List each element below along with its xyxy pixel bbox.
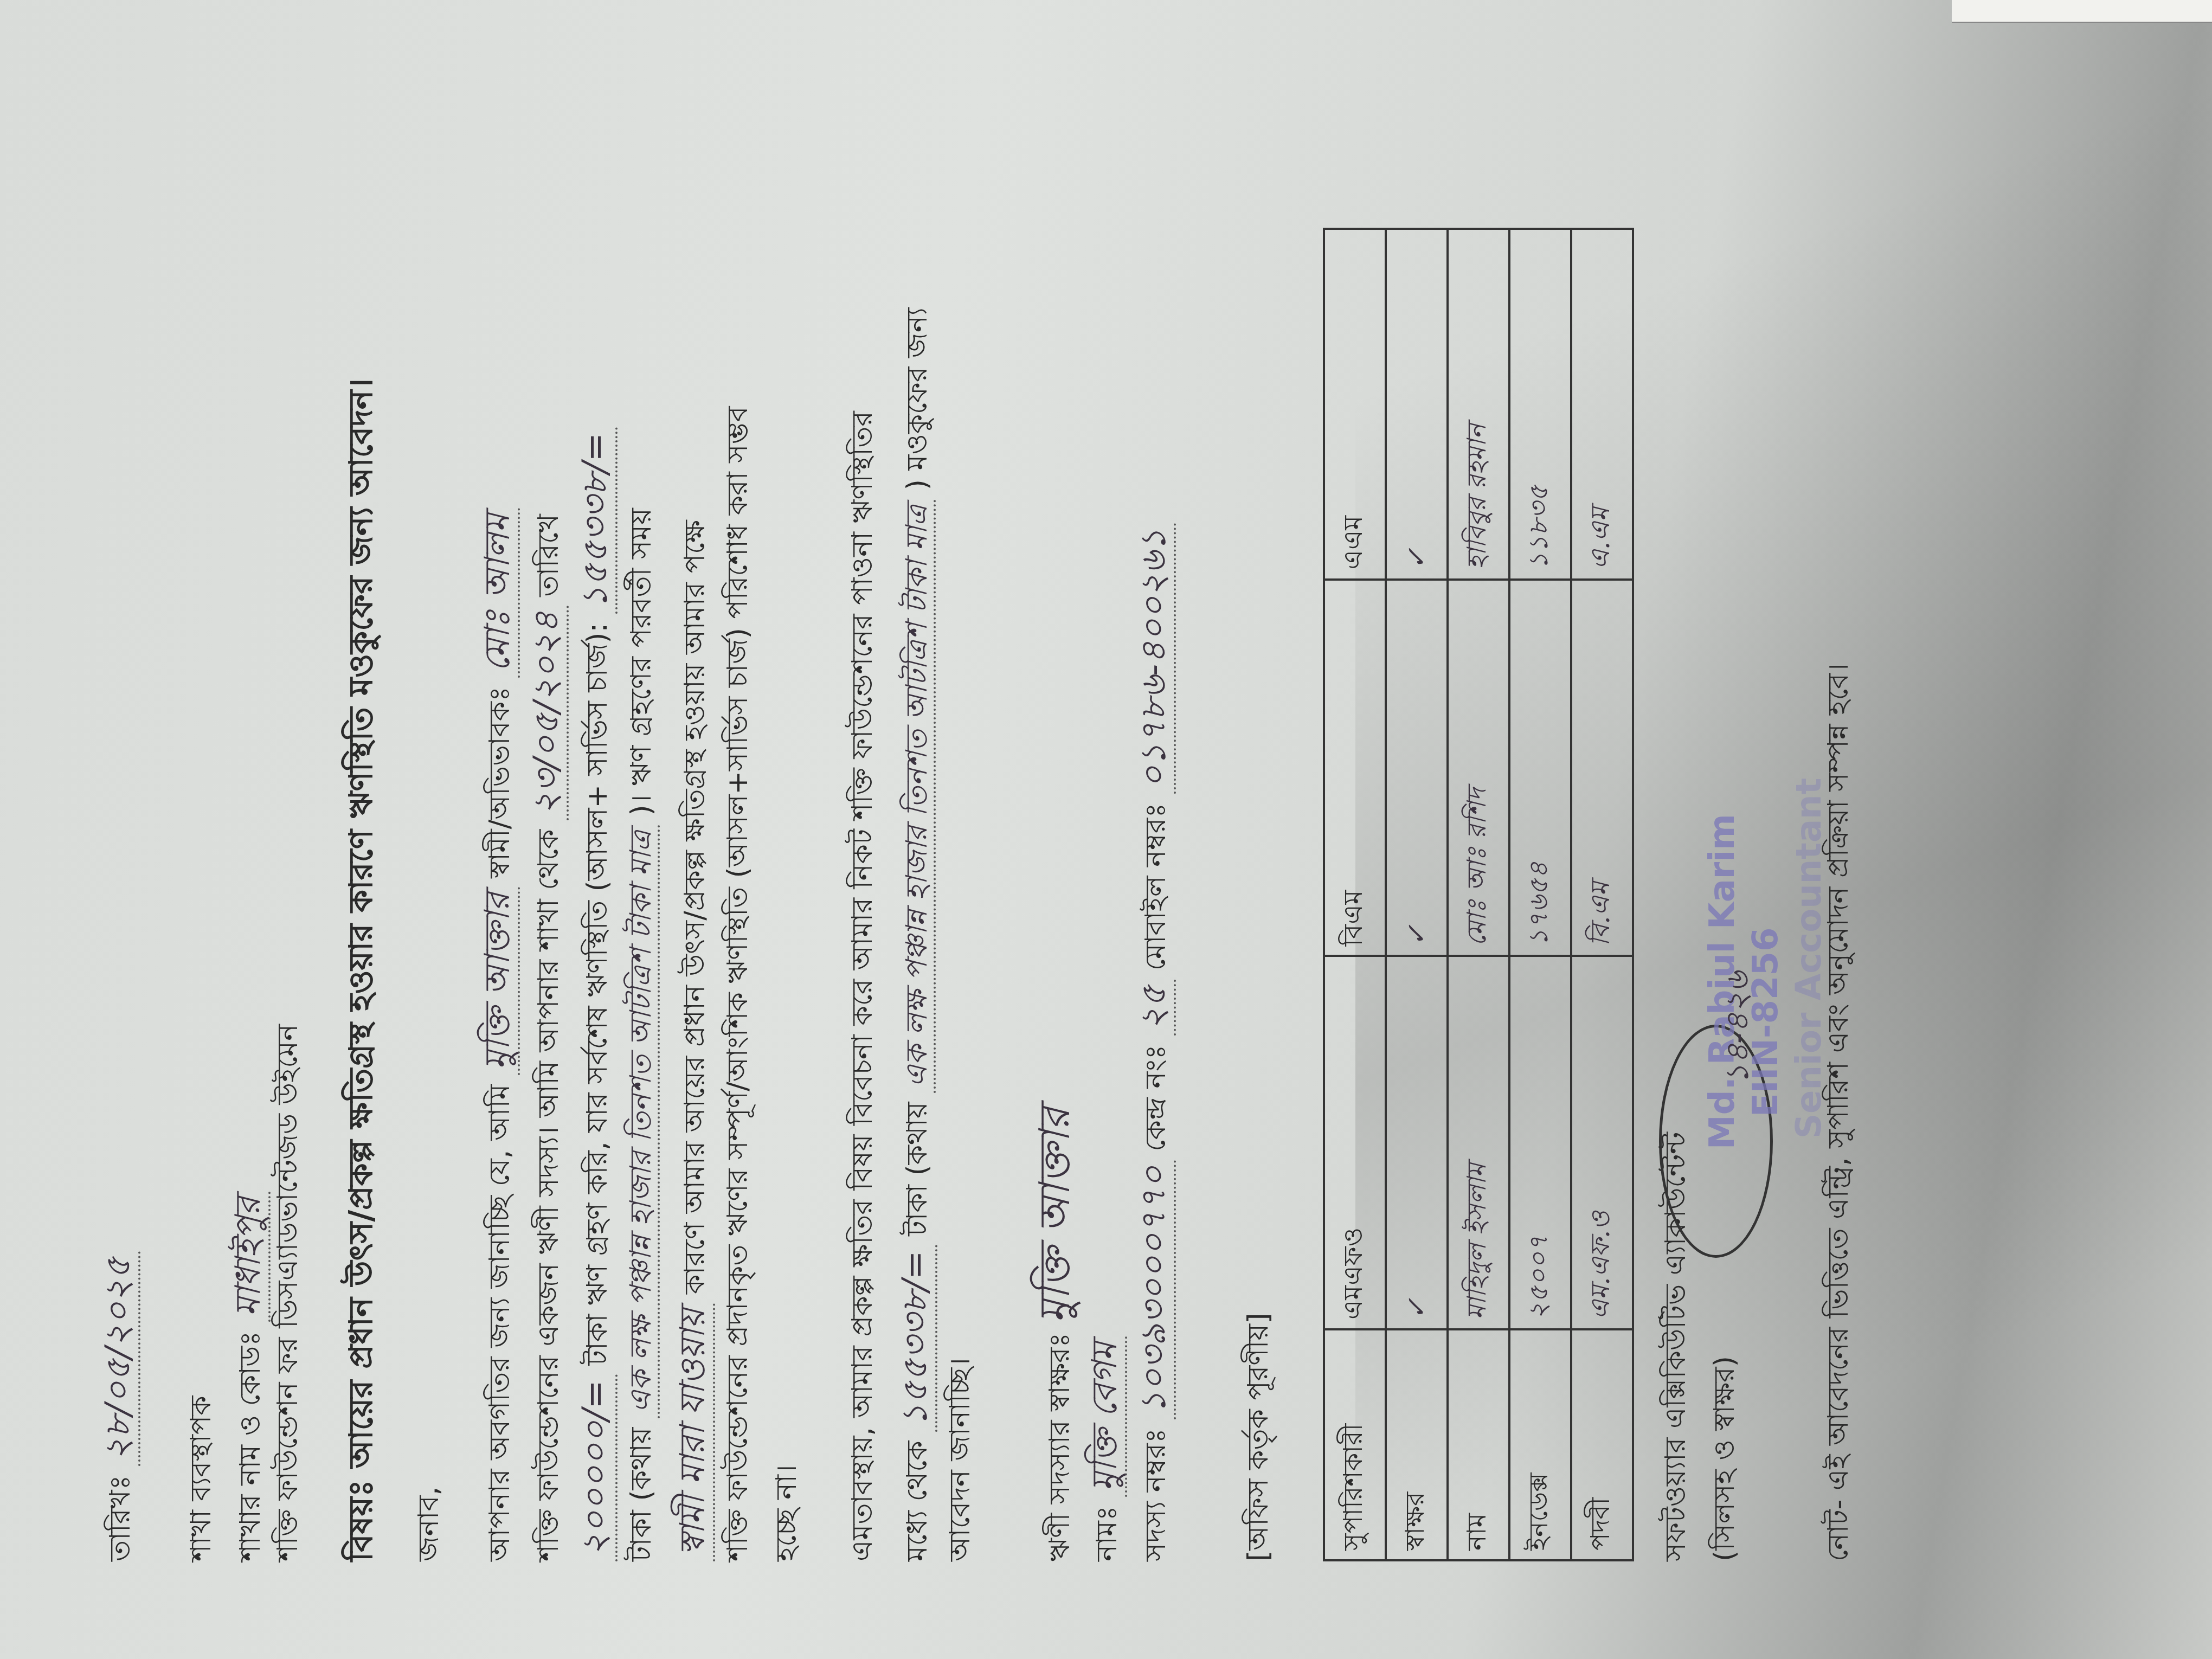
- text: তারিখে: [532, 514, 565, 597]
- date-value: ২৮/০৫/২০২৫: [98, 1251, 140, 1466]
- text: টাকা (কথায়: [625, 1427, 658, 1561]
- row-label: পদবী: [1571, 1329, 1633, 1560]
- table-row: ইনডেক্স ২৫০০৭ ১৭৬৫৪ ১১৮৩৫: [1509, 229, 1571, 1560]
- table-row: নাম মাহিদুল ইসলাম মোঃ আঃ রশিদ হাবিবুর রহ…: [1448, 229, 1509, 1560]
- body-line-2: ২০০০০০/= শক্তি ফাউন্ডেশনের একজন ঋণী সদস্…: [526, 514, 568, 1561]
- outstanding-field: ১৫৫৩৩৮/=: [575, 427, 618, 614]
- name-label: নামঃ: [1091, 1506, 1123, 1561]
- signature-label: ঋণী সদস্যার স্বাক্ষরঃ: [1044, 1333, 1076, 1561]
- body-line-1: আপনার অবগতির জন্য জানাচ্ছি যে, আমি মুক্ত…: [477, 508, 519, 1561]
- member-name-field: মুক্তি আক্তার: [478, 887, 520, 1075]
- index-cell: ২৫০০৭: [1509, 956, 1571, 1329]
- office-table: সুপারিশকারী এমএফও বিএম এএম স্বাক্ষর ✓ ✓ …: [1323, 228, 1634, 1561]
- body-line-5: স্বামী মারা যাওয়ায় কারণে আমার আয়ের প্…: [672, 520, 714, 1561]
- col-header-mfo: এমএফও: [1324, 956, 1386, 1329]
- loan-date-field: ২৩/০৫/২০২৪: [526, 606, 569, 820]
- underlying-paper-edge: [1952, 0, 2212, 23]
- center-value: ২৫: [1134, 980, 1176, 1036]
- text: স্বামী/অভিভাবকঃ: [484, 686, 516, 878]
- body-line-9: মধ্যে থেকে ১৫৫৩৩৮/= টাকা (কথায় এক লক্ষ …: [895, 307, 936, 1561]
- organization-name: শক্তি ফাউন্ডেশন ফর ডিসএ্যাডভান্টেজড উইমে…: [271, 1024, 305, 1561]
- member-id-label: সদস্য নম্বরঃ: [1140, 1428, 1172, 1561]
- signature-cell: ✓: [1386, 580, 1448, 956]
- row-label: ইনডেক্স: [1509, 1329, 1571, 1560]
- text: কারণে আমার আয়ের প্রধান উৎস/প্রকল্প ক্ষত…: [679, 520, 711, 1294]
- stamp-date: ১৪-৪২৬: [1719, 972, 1757, 1084]
- col-header-bm: বিএম: [1324, 580, 1386, 956]
- name-cell: মোঃ আঃ রশিদ: [1448, 580, 1509, 956]
- designation-cell: বি.এম: [1571, 580, 1633, 956]
- row-label: নাম: [1448, 1329, 1509, 1560]
- table-row: পদবী এম.এফ.ও বি.এম এ.এম: [1571, 229, 1633, 1560]
- body-line-7: হচ্ছে না।: [770, 1464, 803, 1561]
- row-label: স্বাক্ষর: [1386, 1329, 1448, 1560]
- member-name-value: মুক্তি বেগম: [1085, 1336, 1127, 1496]
- body-line-4: টাকা (কথায় এক লক্ষ পঞ্চান্ন হাজার তিনশত…: [623, 508, 659, 1561]
- text: আপনার অবগতির জন্য জানাচ্ছি যে, আমি: [484, 1084, 516, 1561]
- footer-note: নোট- এই আবেদনের ভিত্তিতে এন্ট্রি, সুপারি…: [1822, 663, 1855, 1561]
- row-label: সুপারিশকারী: [1324, 1329, 1386, 1560]
- text: টাকা ঋণ গ্রহণ করি, যার সর্বশেষ ঋণস্থিতি …: [581, 623, 614, 1366]
- member-signature-line: ঋণী সদস্যার স্বাক্ষরঃ মুক্তি আক্তার: [1030, 1108, 1081, 1561]
- col-header-am: এএম: [1324, 229, 1386, 580]
- text: টাকা (কথায়: [901, 1102, 934, 1236]
- loan-amount-field: ২০০০০০/=: [575, 1374, 618, 1561]
- body-line-8: এমতাবস্থায়, আমার প্রকল্প ক্ষতির বিষয় ব…: [846, 411, 879, 1561]
- body-line-6: শক্তি ফাউন্ডেশনের প্রদানকৃত ঋণের সম্পূর্…: [721, 406, 755, 1561]
- text: ) মওকুফের জন্য: [901, 307, 934, 490]
- index-cell: ১৭৬৫৪: [1509, 580, 1571, 956]
- name-cell: মাহিদুল ইসলাম: [1448, 956, 1509, 1329]
- subject-label: বিষয়ঃ: [342, 1480, 380, 1561]
- member-id-value: ১০৩৯৩০০০৭৭০: [1134, 1160, 1176, 1419]
- mobile-value: ০১৭৮৬-৪০০২৬১: [1134, 523, 1176, 794]
- member-id-line: সদস্য নম্বরঃ ১০৩৯৩০০০৭৭০ কেন্দ্র নংঃ ২৫ …: [1133, 523, 1175, 1561]
- body-line-3: ২০০০০০/= টাকা ঋণ গ্রহণ করি, যার সর্বশেষ …: [575, 427, 616, 1561]
- designation-cell: এম.এফ.ও: [1571, 956, 1633, 1329]
- member-name-line: নামঃ মুক্তি বেগম: [1084, 1336, 1126, 1561]
- subject-line: বিষয়ঃ আয়ের প্রধান উৎস/প্রকল্প ক্ষতিগ্র…: [342, 378, 381, 1561]
- salutation: জনাব,: [412, 1487, 446, 1561]
- text: মধ্যে থেকে: [901, 1441, 934, 1561]
- table-row: স্বাক্ষর ✓ ✓ ✓: [1386, 229, 1448, 1560]
- outstanding-words-field: এক লক্ষ পঞ্চান্ন হাজার তিনশত আটত্রিশ টাক…: [623, 825, 660, 1418]
- subject-text: আয়ের প্রধান উৎস/প্রকল্প ক্ষতিগ্রস্থ হওয…: [342, 378, 380, 1468]
- addressee: শাখা ব্যবস্থাপক: [184, 1396, 218, 1561]
- text: )। ঋণ গ্রহণের পরবর্তী সময়: [625, 508, 658, 815]
- table-row: সুপারিশকারী এমএফও বিএম এএম: [1324, 229, 1386, 1560]
- designation-cell: এ.এম: [1571, 229, 1633, 580]
- office-caption: [অফিস কর্তৃক পূরণীয়]: [1242, 1313, 1275, 1561]
- member-signature: মুক্তি আক্তার: [1031, 1108, 1079, 1323]
- index-cell: ১১৮৩৫: [1509, 229, 1571, 580]
- reason-field: স্বামী মারা যাওয়ায়: [673, 1303, 715, 1561]
- waiver-amount-field: ১৫৫৩৩৮/=: [895, 1245, 937, 1432]
- date-line: তারিখঃ ২৮/০৫/২০২৫: [98, 1251, 139, 1561]
- branch-value: মাধাইপুর: [228, 1192, 271, 1322]
- name-cell: হাবিবুর রহমান: [1448, 229, 1509, 580]
- guardian-name-field: মোঃ আলম: [478, 508, 520, 677]
- body-line-10: আবেদন জানাচ্ছি।: [943, 1358, 977, 1561]
- text: শক্তি ফাউন্ডেশনের একজন ঋণী সদস্য। আমি আপ…: [532, 829, 565, 1561]
- branch-line: শাখার নাম ও কোডঃ মাধাইপুর: [228, 1192, 269, 1561]
- center-label: কেন্দ্র নংঃ: [1140, 1045, 1172, 1152]
- application-form: তারিখঃ ২৮/০৫/২০২৫ শাখা ব্যবস্থাপক শাখার …: [98, 98, 1995, 1561]
- waiver-words-field: এক লক্ষ পঞ্চান্ন হাজার তিনশত আটত্রিশ টাক…: [899, 499, 936, 1093]
- mobile-label: মোবাইল নম্বরঃ: [1140, 803, 1172, 970]
- date-label: তারিখঃ: [104, 1475, 137, 1561]
- signature-cell: ✓: [1386, 229, 1448, 580]
- signature-cell: ✓: [1386, 956, 1448, 1329]
- accountant-seal-note: (সিলসহ ও স্বাক্ষর): [1708, 1356, 1741, 1561]
- branch-label: শাখার নাম ও কোডঃ: [234, 1331, 267, 1561]
